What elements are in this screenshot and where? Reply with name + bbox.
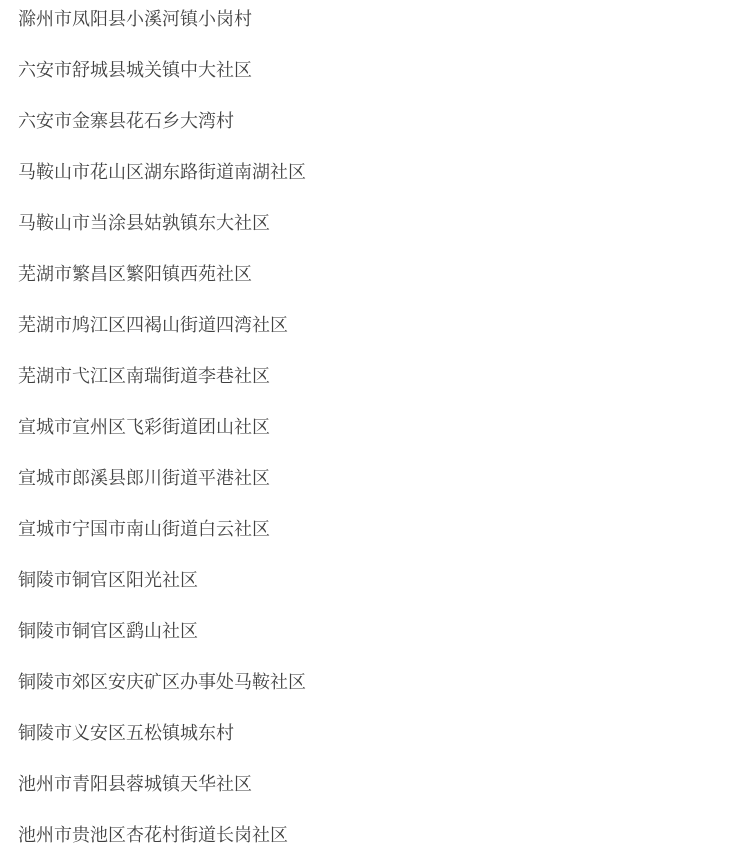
list-item: 宣城市宁国市南山街道白云社区: [18, 520, 730, 538]
list-item: 铜陵市铜官区阳光社区: [18, 571, 730, 589]
list-item: 滁州市凤阳县小溪河镇小岗村: [18, 10, 730, 28]
list-item: 池州市青阳县蓉城镇天华社区: [18, 775, 730, 793]
list-item: 铜陵市郊区安庆矿区办事处马鞍社区: [18, 673, 730, 691]
place-name-list: 滁州市凤阳县小溪河镇小岗村 六安市舒城县城关镇中大社区 六安市金寨县花石乡大湾村…: [0, 0, 730, 844]
list-item: 芜湖市弋江区南瑞街道李巷社区: [18, 367, 730, 385]
list-item: 芜湖市繁昌区繁阳镇西苑社区: [18, 265, 730, 283]
list-item: 池州市贵池区杏花村街道长岗社区: [18, 826, 730, 844]
list-item: 马鞍山市当涂县姑孰镇东大社区: [18, 214, 730, 232]
list-item: 芜湖市鸠江区四褐山街道四湾社区: [18, 316, 730, 334]
list-item: 六安市金寨县花石乡大湾村: [18, 112, 730, 130]
list-item: 铜陵市铜官区鹞山社区: [18, 622, 730, 640]
list-item: 宣城市宣州区飞彩街道团山社区: [18, 418, 730, 436]
list-item: 铜陵市义安区五松镇城东村: [18, 724, 730, 742]
list-item: 马鞍山市花山区湖东路街道南湖社区: [18, 163, 730, 181]
list-item: 宣城市郎溪县郎川街道平港社区: [18, 469, 730, 487]
list-item: 六安市舒城县城关镇中大社区: [18, 61, 730, 79]
